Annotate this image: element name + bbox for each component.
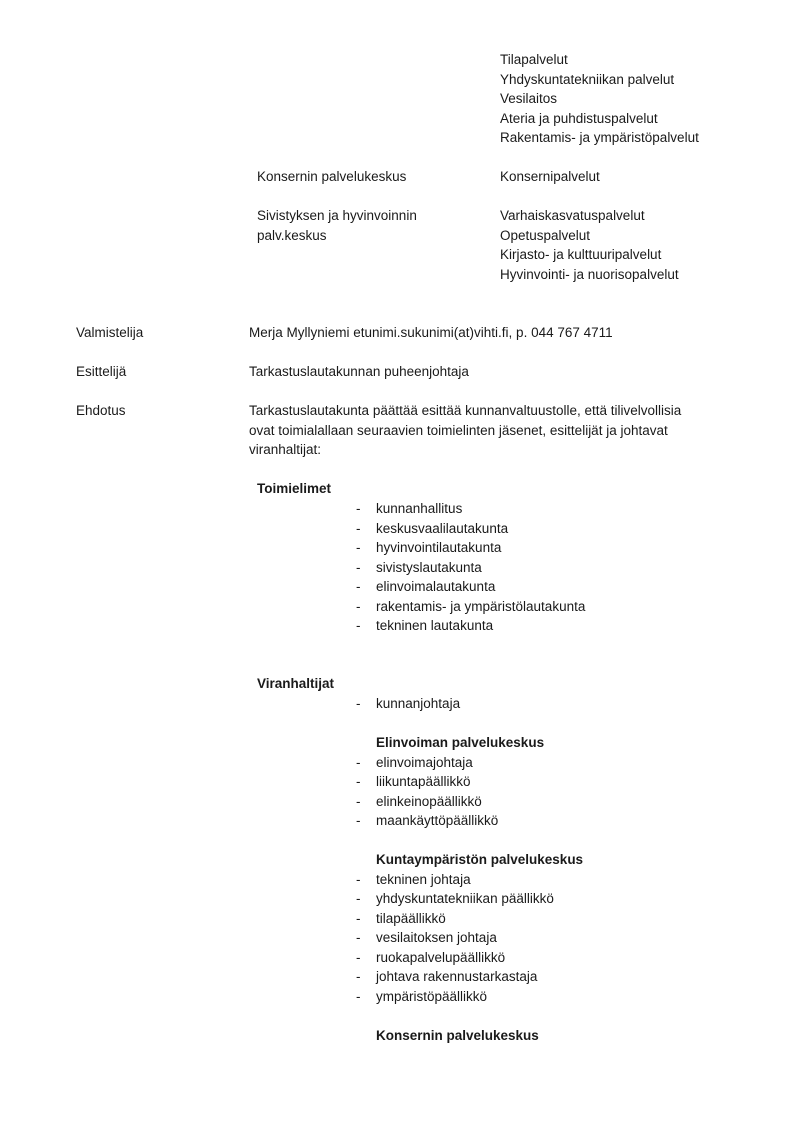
- service-item: Hyvinvointi- ja nuorisopalvelut: [500, 265, 679, 285]
- ehdotus-line: Tarkastuslautakunta päättää esittää kunn…: [249, 401, 681, 421]
- bullet-dash: -: [356, 870, 361, 890]
- service-item: Rakentamis- ja ympäristöpalvelut: [500, 128, 699, 148]
- sivistys-services: Varhaiskasvatuspalvelut Opetuspalvelut K…: [500, 206, 679, 284]
- bullet-dash: -: [356, 616, 361, 636]
- service-item: Kirjasto- ja kulttuuripalvelut: [500, 245, 679, 265]
- bullet-dash: -: [356, 694, 361, 714]
- list-item: johtava rakennustarkastaja: [376, 967, 537, 987]
- list-item: maankäyttöpäällikkö: [376, 811, 498, 831]
- bullet-dash: -: [356, 558, 361, 578]
- konserni-center: Konsernin palvelukeskus: [257, 167, 406, 187]
- bullet-dash: -: [356, 948, 361, 968]
- list-item: keskusvaalilautakunta: [376, 519, 508, 539]
- bullet-dash: -: [356, 909, 361, 929]
- service-item: Ateria ja puhdistuspalvelut: [500, 109, 699, 129]
- ehdotus-text: Tarkastuslautakunta päättää esittää kunn…: [249, 401, 681, 460]
- service-item: Opetuspalvelut: [500, 226, 679, 246]
- list-item: hyvinvointilautakunta: [376, 538, 501, 558]
- group-heading: Kuntaympäristön palvelukeskus: [376, 850, 583, 870]
- bullet-dash: -: [356, 928, 361, 948]
- list-item: yhdyskuntatekniikan päällikkö: [376, 889, 554, 909]
- ehdotus-label: Ehdotus: [76, 401, 126, 421]
- list-item: elinkeinopäällikkö: [376, 792, 482, 812]
- list-item: kunnanhallitus: [376, 499, 462, 519]
- esittelija-value: Tarkastuslautakunnan puheenjohtaja: [249, 362, 469, 382]
- bullet-dash: -: [356, 811, 361, 831]
- list-item: ruokapalvelupäällikkö: [376, 948, 505, 968]
- bullet-dash: -: [356, 772, 361, 792]
- list-item: elinvoimajohtaja: [376, 753, 473, 773]
- esittelija-label: Esittelijä: [76, 362, 126, 382]
- list-item: liikuntapäällikkö: [376, 772, 471, 792]
- center-line: Sivistyksen ja hyvinvoinnin: [257, 206, 417, 226]
- list-item: ympäristöpäällikkö: [376, 987, 487, 1007]
- bullet-dash: -: [356, 792, 361, 812]
- list-item: vesilaitoksen johtaja: [376, 928, 497, 948]
- toimielimet-heading: Toimielimet: [257, 479, 331, 499]
- bullet-dash: -: [356, 987, 361, 1007]
- list-item: tilapäällikkö: [376, 909, 446, 929]
- service-item: Yhdyskuntatekniikan palvelut: [500, 70, 699, 90]
- valmistelija-value: Merja Myllyniemi etunimi.sukunimi(at)vih…: [249, 323, 613, 343]
- service-item: Konsernipalvelut: [500, 167, 600, 187]
- bullet-dash: -: [356, 753, 361, 773]
- list-item: tekninen johtaja: [376, 870, 471, 890]
- bullet-dash: -: [356, 889, 361, 909]
- konserni-services: Konsernipalvelut: [500, 167, 600, 187]
- ehdotus-line: viranhaltijat:: [249, 440, 681, 460]
- top-services-list: Tilapalvelut Yhdyskuntatekniikan palvelu…: [500, 50, 699, 148]
- bullet-dash: -: [356, 577, 361, 597]
- bullet-dash: -: [356, 499, 361, 519]
- list-item: kunnanjohtaja: [376, 694, 460, 714]
- service-item: Tilapalvelut: [500, 50, 699, 70]
- ehdotus-line: ovat toimialallaan seuraavien toimielint…: [249, 421, 681, 441]
- service-item: Vesilaitos: [500, 89, 699, 109]
- bullet-dash: -: [356, 538, 361, 558]
- sivistys-center: Sivistyksen ja hyvinvoinnin palv.keskus: [257, 206, 417, 245]
- list-item: rakentamis- ja ympäristölautakunta: [376, 597, 585, 617]
- list-item: elinvoimalautakunta: [376, 577, 495, 597]
- group-heading: Konsernin palvelukeskus: [376, 1026, 539, 1046]
- viranhaltijat-heading: Viranhaltijat: [257, 674, 334, 694]
- bullet-dash: -: [356, 967, 361, 987]
- service-item: Varhaiskasvatuspalvelut: [500, 206, 679, 226]
- list-item: sivistyslautakunta: [376, 558, 482, 578]
- bullet-dash: -: [356, 597, 361, 617]
- bullet-dash: -: [356, 519, 361, 539]
- list-item: tekninen lautakunta: [376, 616, 493, 636]
- center-line: palv.keskus: [257, 226, 417, 246]
- group-heading: Elinvoiman palvelukeskus: [376, 733, 544, 753]
- valmistelija-label: Valmistelija: [76, 323, 143, 343]
